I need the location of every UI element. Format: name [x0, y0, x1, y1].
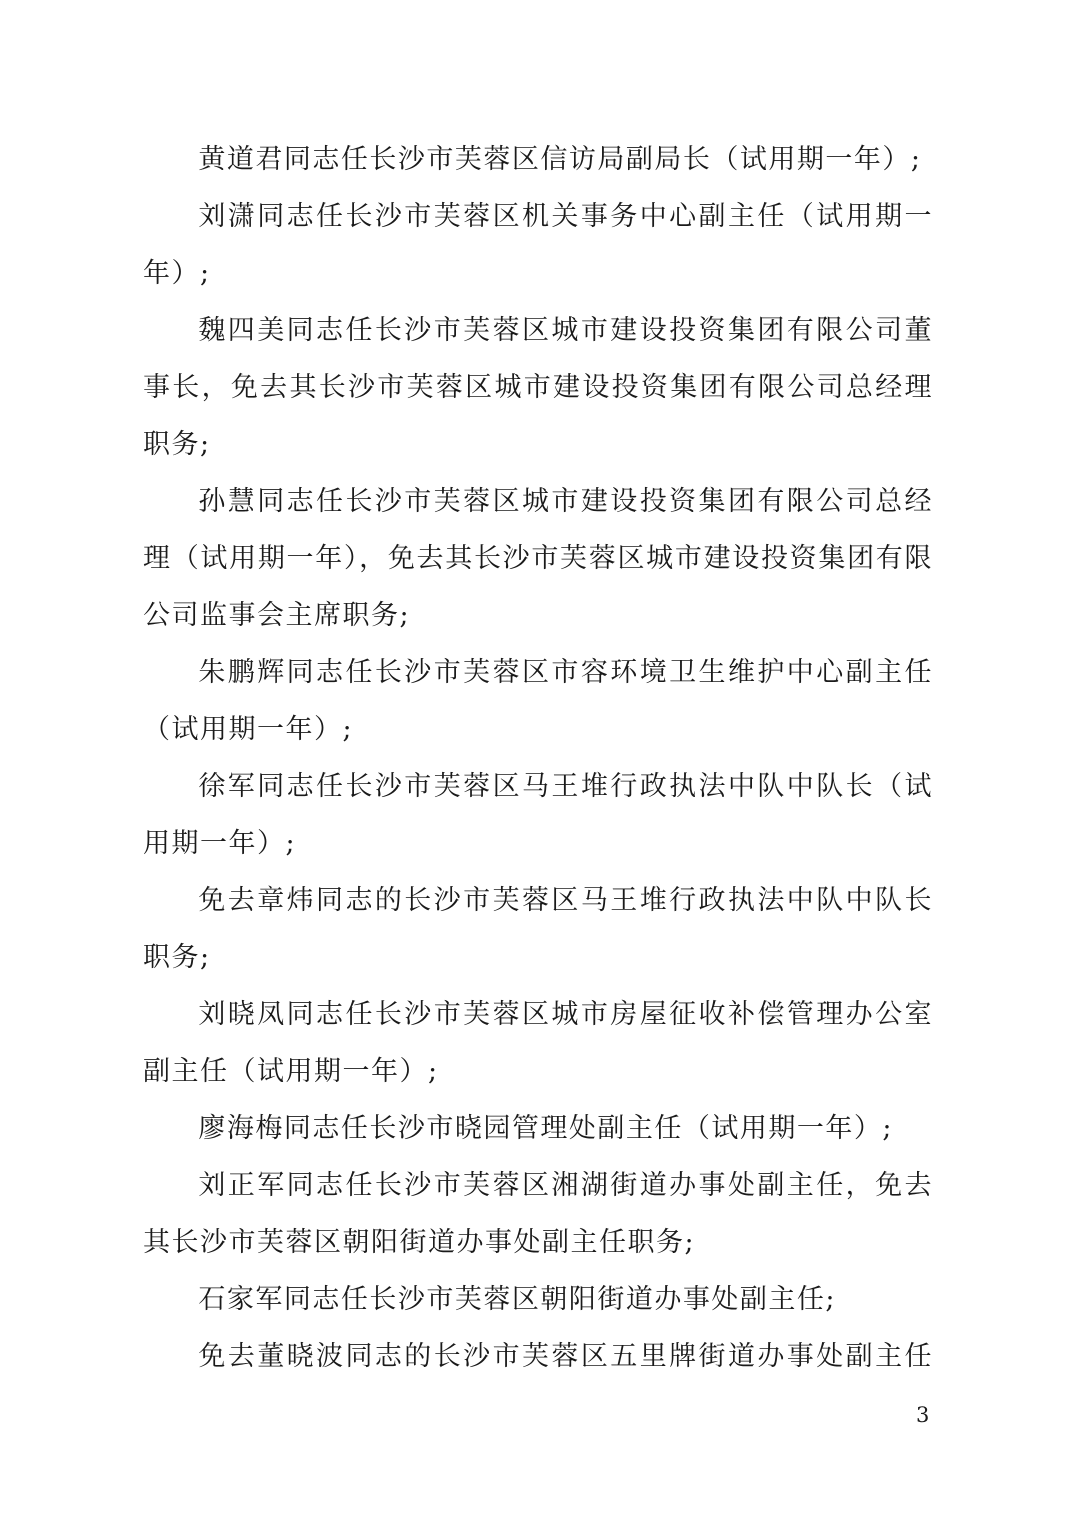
document-line: 黄道君同志任长沙市芙蓉区信访局副局长（试用期一年）; — [143, 131, 933, 188]
document-page: 黄道君同志任长沙市芙蓉区信访局副局长（试用期一年）; 刘潇同志任长沙市芙蓉区机关… — [0, 0, 1074, 1520]
document-line: （试用期一年）; — [143, 701, 933, 758]
document-text-block: 黄道君同志任长沙市芙蓉区信访局副局长（试用期一年）; 刘潇同志任长沙市芙蓉区机关… — [143, 131, 933, 1385]
document-line: 副主任（试用期一年）; — [143, 1043, 933, 1100]
document-line: 廖海梅同志任长沙市晓园管理处副主任（试用期一年）; — [143, 1100, 933, 1157]
document-line: 刘晓凤同志任长沙市芙蓉区城市房屋征收补偿管理办公室 — [143, 986, 933, 1043]
document-line: 免去董晓波同志的长沙市芙蓉区五里牌街道办事处副主任 — [143, 1328, 933, 1385]
page-number: 3 — [916, 1400, 929, 1430]
document-line: 公司监事会主席职务; — [143, 587, 933, 644]
document-line: 魏四美同志任长沙市芙蓉区城市建设投资集团有限公司董 — [143, 302, 933, 359]
document-line: 用期一年）; — [143, 815, 933, 872]
document-line: 刘正军同志任长沙市芙蓉区湘湖街道办事处副主任，免去 — [143, 1157, 933, 1214]
document-line: 职务; — [143, 929, 933, 986]
document-line: 免去章炜同志的长沙市芙蓉区马王堆行政执法中队中队长 — [143, 872, 933, 929]
document-line: 朱鹏辉同志任长沙市芙蓉区市容环境卫生维护中心副主任 — [143, 644, 933, 701]
document-line: 其长沙市芙蓉区朝阳街道办事处副主任职务; — [143, 1214, 933, 1271]
document-line: 职务; — [143, 416, 933, 473]
document-line: 徐军同志任长沙市芙蓉区马王堆行政执法中队中队长（试 — [143, 758, 933, 815]
document-line: 年）; — [143, 245, 933, 302]
document-line: 事长，免去其长沙市芙蓉区城市建设投资集团有限公司总经理 — [143, 359, 933, 416]
document-line: 石家军同志任长沙市芙蓉区朝阳街道办事处副主任; — [143, 1271, 933, 1328]
document-line: 刘潇同志任长沙市芙蓉区机关事务中心副主任（试用期一 — [143, 188, 933, 245]
document-line: 理（试用期一年），免去其长沙市芙蓉区城市建设投资集团有限 — [143, 530, 933, 587]
document-line: 孙慧同志任长沙市芙蓉区城市建设投资集团有限公司总经 — [143, 473, 933, 530]
